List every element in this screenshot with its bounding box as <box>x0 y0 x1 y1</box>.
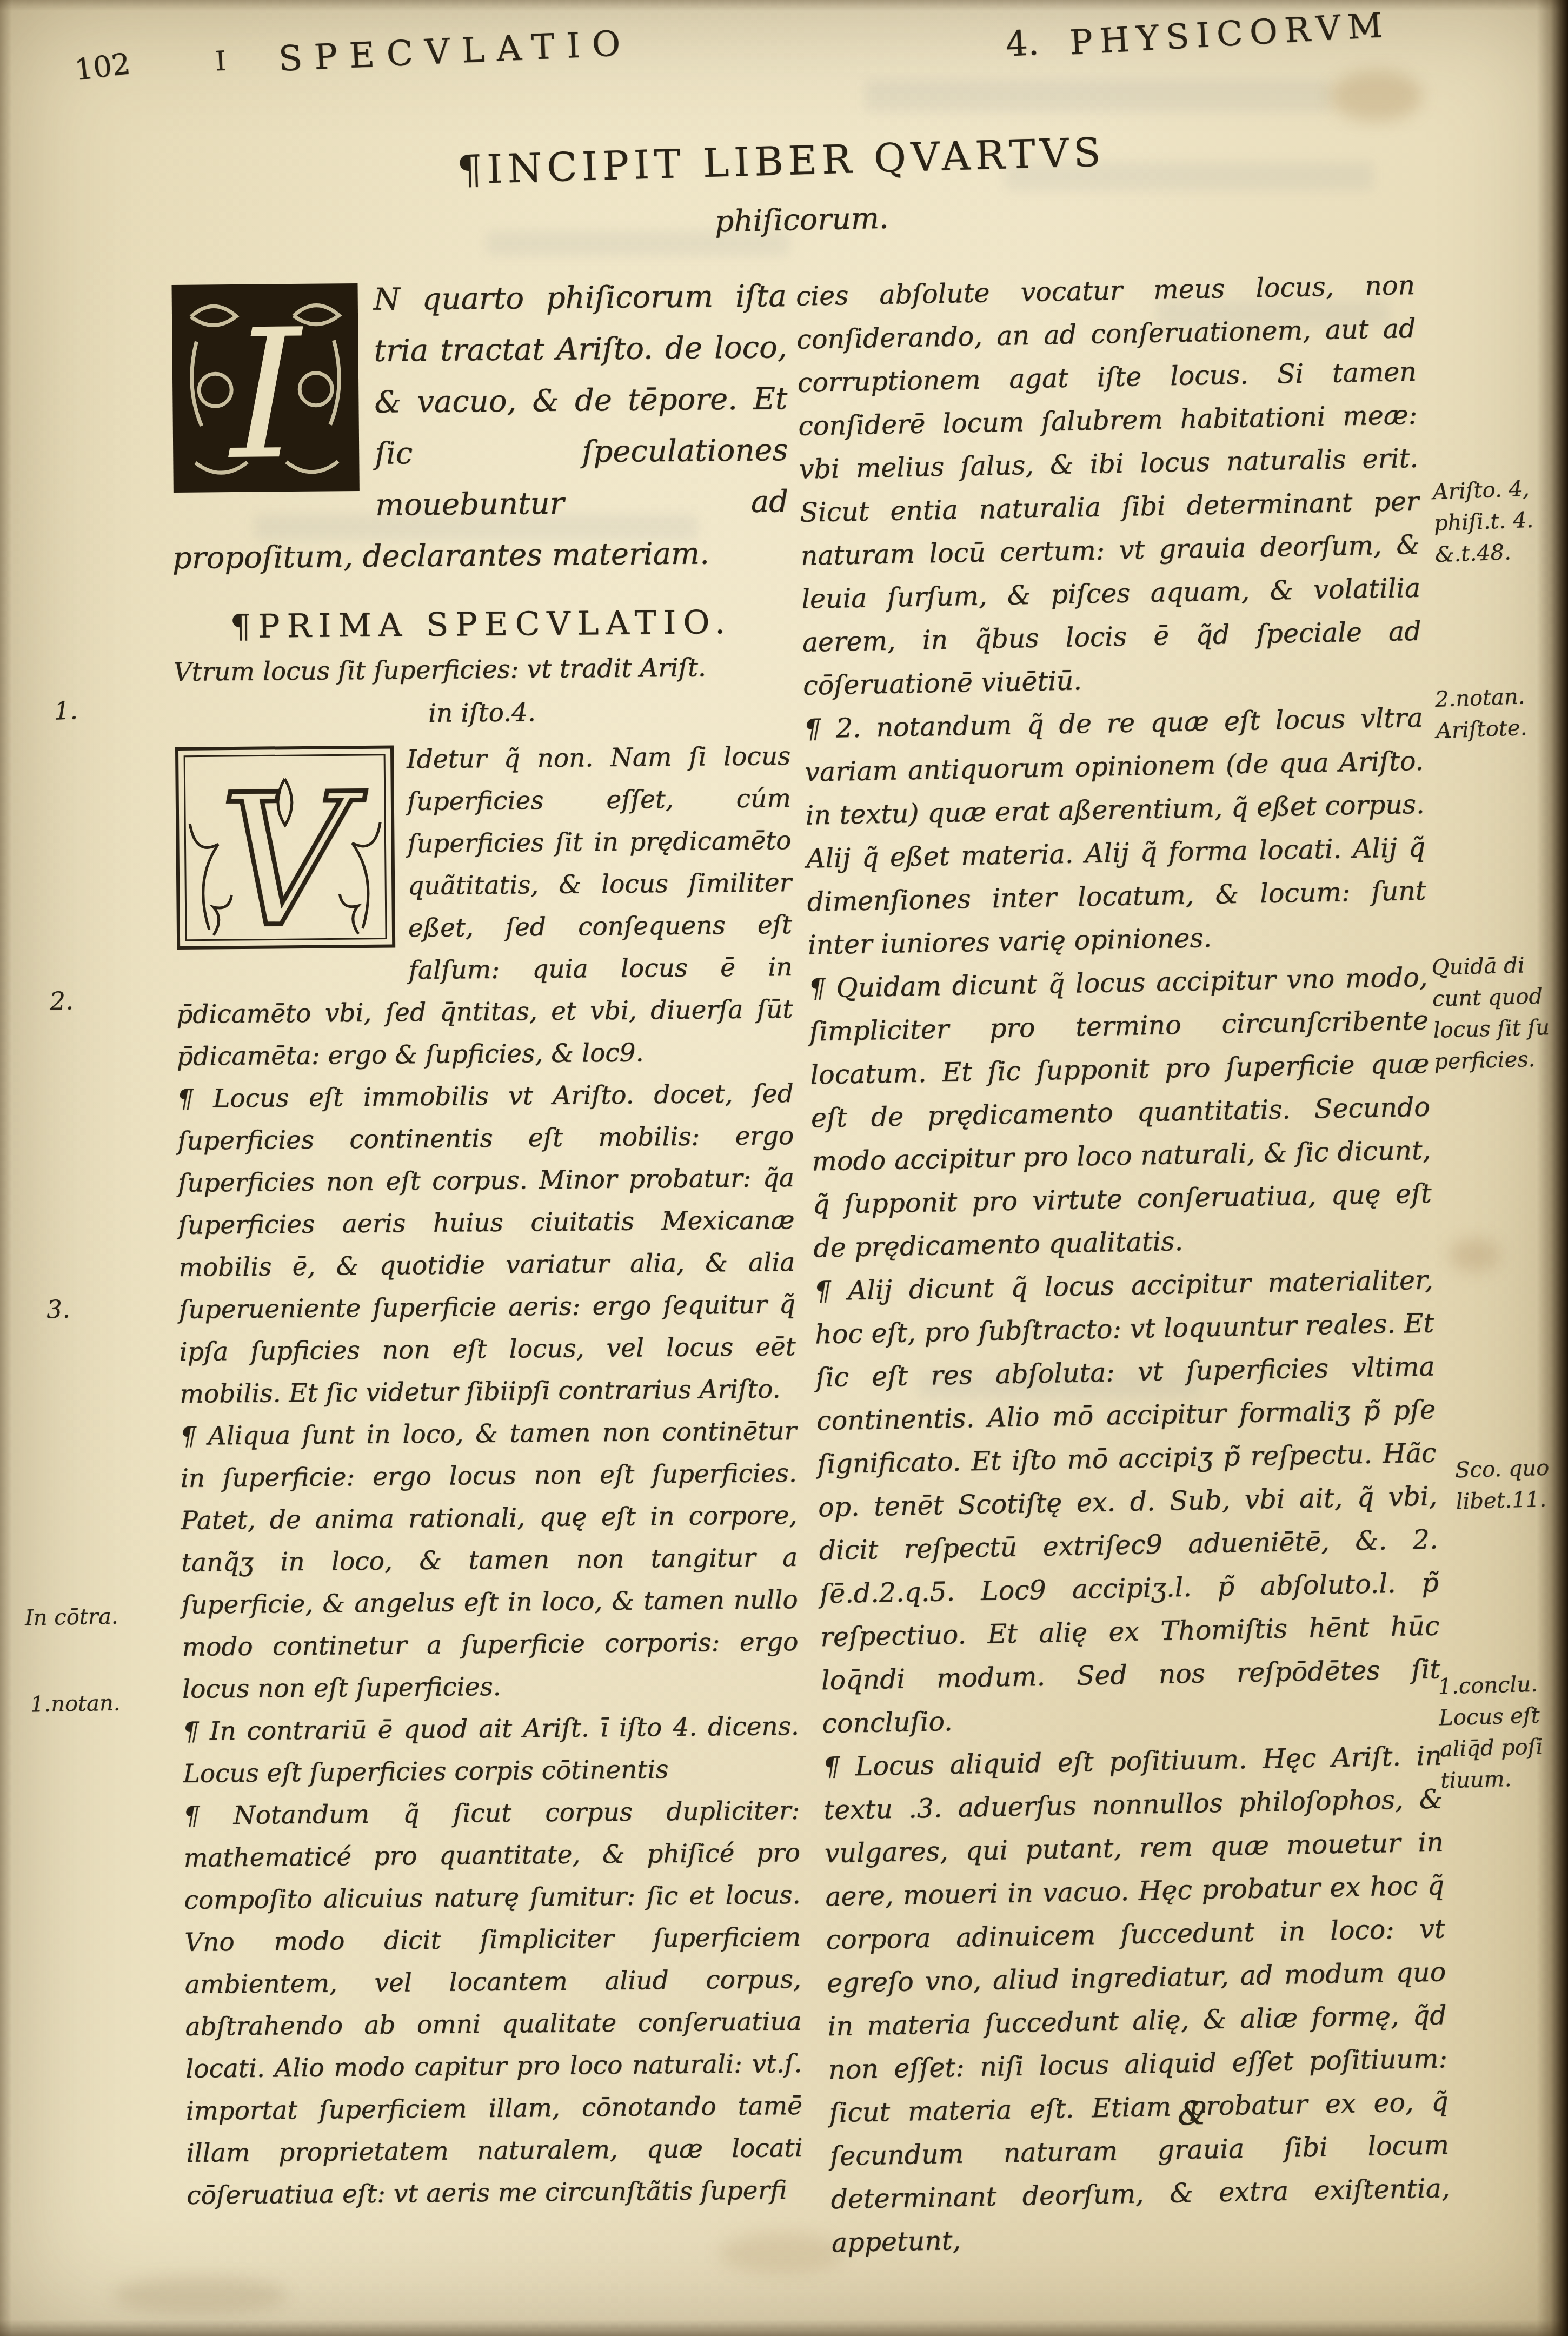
chapter-subtitle: phiſicorum. <box>714 201 889 239</box>
woodcut-initial-i: I <box>170 282 361 494</box>
paragraph-locus-immobilis: ¶ Locus eſt immobilis vt Ariſto. docet, … <box>177 1073 796 1416</box>
text-column-right: cies abſolute vocatur meus locus, non co… <box>795 264 1451 2265</box>
margin-note-notandum-1: 1.notan. <box>30 1688 121 1721</box>
section-question-ref: in iſto.4. <box>174 689 790 738</box>
page-edge-left <box>0 0 12 2336</box>
margin-note-notandum-2: 2.notan. Ariſtote. <box>1434 681 1527 747</box>
catchword: & <box>1178 2095 1206 2133</box>
paragraph-alij-dicunt: ¶ Alij dicunt q̃ locus accipitur materia… <box>814 1259 1441 1746</box>
paragraph-notandum-2: ¶ 2. notandum q̃ de re quæ eſt locus vlt… <box>803 696 1427 967</box>
paper-stain <box>1330 70 1422 122</box>
margin-note-scotus-quodlibet: Sco. quo libet.11. <box>1455 1452 1551 1518</box>
margin-note-conclusion-1: 1.conclu. Locus eſt aliq̄d poſi tiuum. <box>1438 1669 1544 1797</box>
paragraph-aliqua-sunt: ¶ Aliqua ſunt in loco, & tamen non conti… <box>180 1410 799 1711</box>
paragraph-in-contrarium: ¶ In contrariū ē quod ait Ariſt. ī iſto … <box>183 1705 800 1795</box>
paragraph-locus-positiuum: ¶ Locus aliquid eſt poſitiuum. Hęc Ariſt… <box>822 1734 1451 2265</box>
margin-note-argument-1: 1. <box>54 694 78 726</box>
section-heading: ¶PRIMA SPECVLATIO. <box>173 598 790 651</box>
book-page-scan: 102 I SPECVLATIO 4. PHYSICORVM ¶INCIPIT … <box>0 0 1568 2336</box>
header-right-title: PHYSICORVM <box>1068 5 1390 63</box>
header-left-title: SPECVLATIO <box>278 23 633 79</box>
drop-cap-letter-v: V <box>219 755 368 951</box>
section-question: Vtrum locus ſit ſuperficies: vt tradit A… <box>173 646 790 694</box>
page-edge-bottom <box>0 2320 1568 2336</box>
paper-stain <box>719 2233 843 2274</box>
woodcut-initial-v: V <box>174 744 396 951</box>
paper-stain <box>114 2277 287 2314</box>
page-gutter-shadow <box>1537 0 1568 2336</box>
paragraph-quidam-dicunt: ¶ Quidam dicunt q̃ locus accipitur vno m… <box>808 956 1433 1270</box>
paragraph-notandum: ¶ Notandum q̃ ſicut corpus dupliciter: m… <box>183 1790 803 2217</box>
drop-cap-letter-i: I <box>227 291 307 494</box>
opening-paragraph: I N quarto phiſicorum iſta tria tractat … <box>170 270 789 584</box>
margin-note-quidam-dicunt: Quidā di cunt quod locus ſit ſu perficie… <box>1431 949 1551 1078</box>
margin-note-aristotle-ref: Ariſto. 4, phiſi.t. 4. &.t.48. <box>1432 473 1535 570</box>
paper-stain <box>1449 1238 1500 1272</box>
header-speculatio-numeral: I <box>214 45 227 77</box>
paragraph-videtur: V Idetur q̃ non. Nam ſi locus ſuperficie… <box>174 735 793 1078</box>
paragraph-continuation: cies abſolute vocatur meus locus, non co… <box>795 264 1422 708</box>
show-through-smudge <box>865 80 1330 111</box>
page-number: 102 <box>73 47 132 87</box>
header-book-number: 4. <box>1005 23 1040 64</box>
margin-note-argument-3: 3. <box>46 1293 71 1325</box>
margin-note-in-contra: In cōtra. <box>25 1601 119 1634</box>
text-column-left: I N quarto phiſicorum iſta tria tractat … <box>170 270 803 2217</box>
margin-note-argument-2: 2. <box>49 985 74 1017</box>
